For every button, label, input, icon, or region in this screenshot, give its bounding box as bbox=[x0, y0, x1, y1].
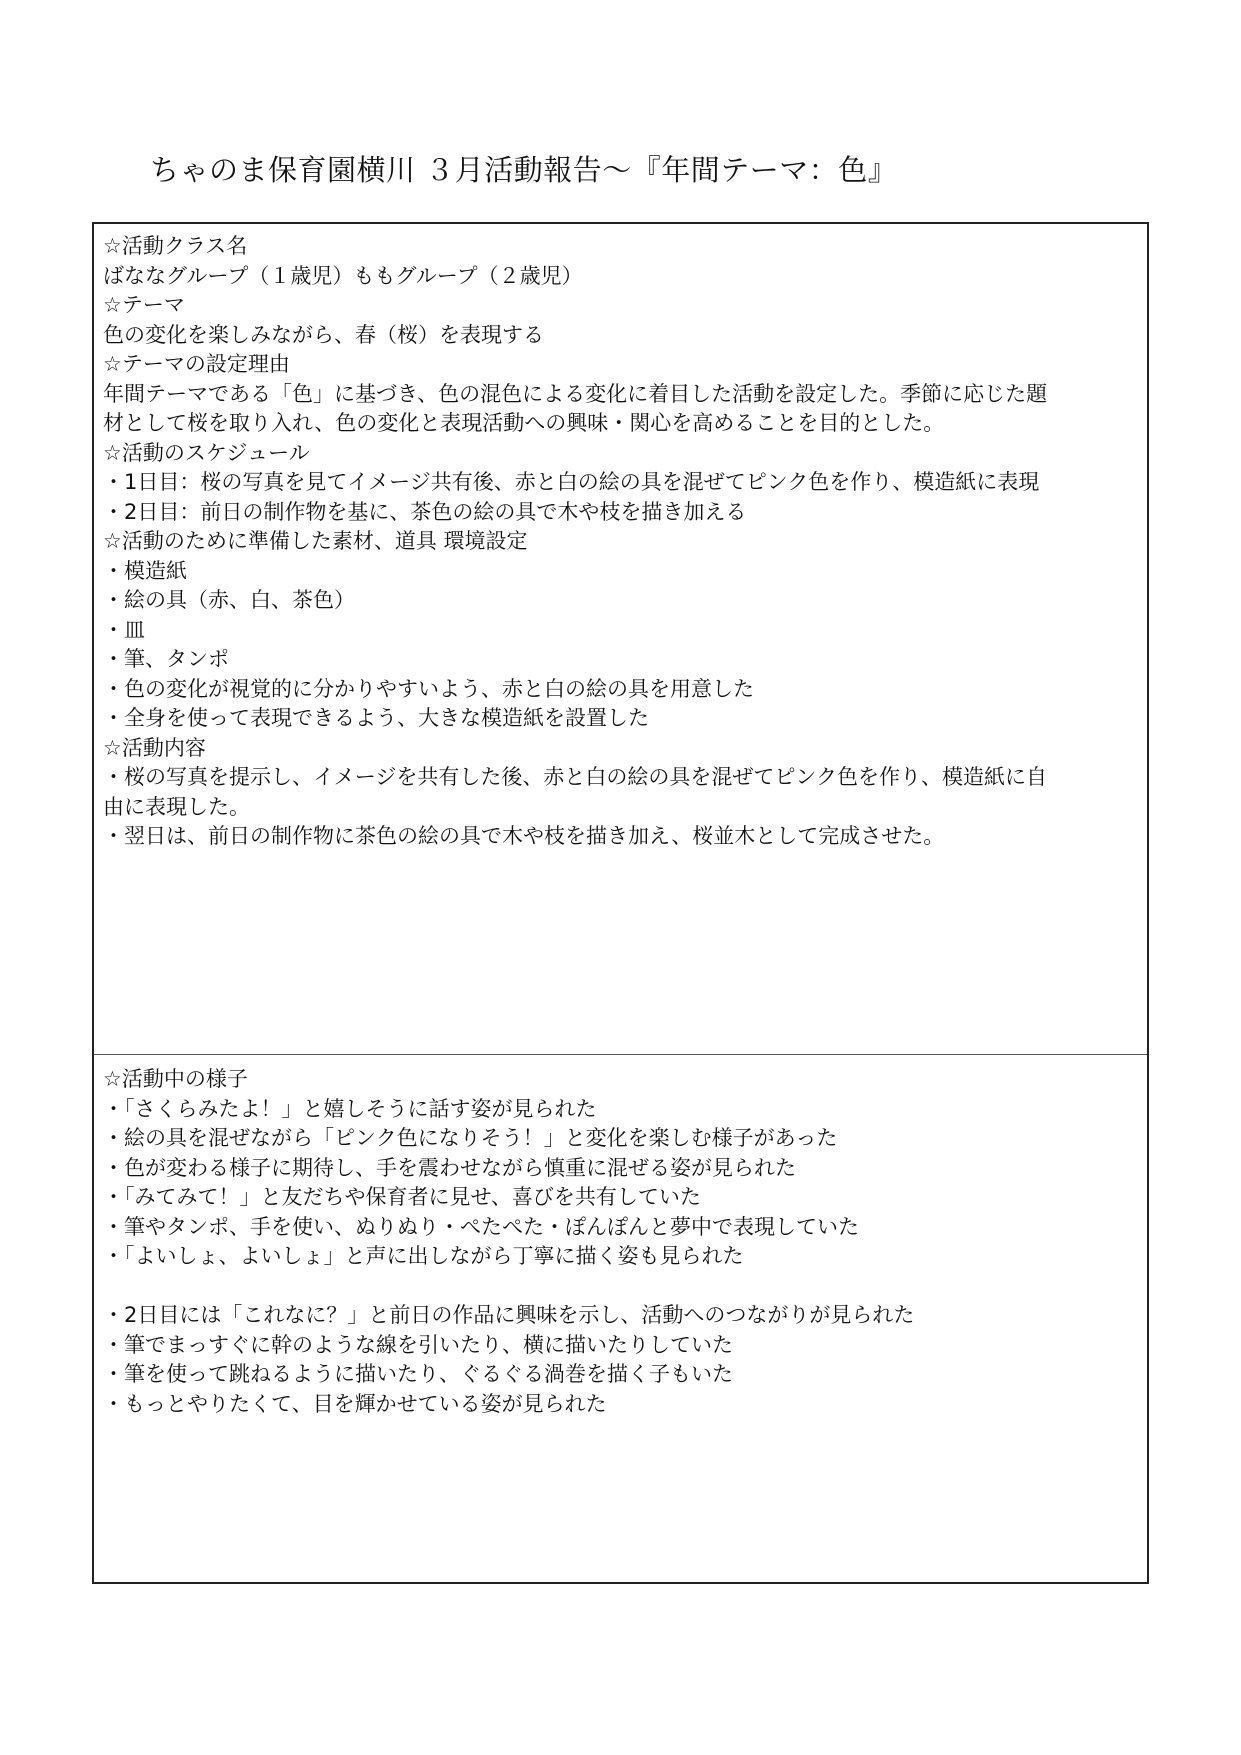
class-name-text: ばななグループ（１歳児）ももグループ（２歳児） bbox=[103, 262, 1139, 292]
observation-item: ・2日目には「これなに？」と前日の作品に興味を示し、活動へのつながりが見られた bbox=[103, 1301, 1139, 1331]
theme-reason-text: 材として桜を取り入れ、色の変化と表現活動への興味・関心を高めることを目的とした。 bbox=[103, 409, 1139, 439]
materials-item: ・絵の具（赤、白、茶色） bbox=[103, 586, 1139, 616]
heading-materials: ☆活動のために準備した素材、道具 環境設定 bbox=[103, 527, 1139, 557]
materials-item: ・模造紙 bbox=[103, 557, 1139, 587]
schedule-item: ・1日目：桜の写真を見てイメージ共有後、赤と白の絵の具を混ぜてピンク色を作り、模… bbox=[103, 468, 1139, 498]
spacer bbox=[103, 1272, 1139, 1302]
observation-item: ・筆やタンポ、手を使い、ぬりぬり・ぺたぺた・ぽんぽんと夢中で表現していた bbox=[103, 1213, 1139, 1243]
theme-reason-text: 年間テーマである「色」に基づき、色の混色による変化に着目した活動を設定した。季節… bbox=[103, 380, 1139, 410]
report-table: ☆活動クラス名 ばななグループ（１歳児）ももグループ（２歳児） ☆テーマ 色の変… bbox=[92, 222, 1149, 1584]
observations-section: ☆活動中の様子 ・「さくらみたよ！」と嬉しそうに話す姿が見られた ・絵の具を混ぜ… bbox=[94, 1054, 1147, 1582]
observation-item: ・筆を使って跳ねるように描いたり、ぐるぐる渦巻を描く子もいた bbox=[103, 1360, 1139, 1390]
observation-item: ・絵の具を混ぜながら「ピンク色になりそう！」と変化を楽しむ様子があった bbox=[103, 1124, 1139, 1154]
observation-item: ・色が変わる様子に期待し、手を震わせながら慎重に混ぜる姿が見られた bbox=[103, 1154, 1139, 1184]
materials-item: ・色の変化が視覚的に分かりやすいよう、赤と白の絵の具を用意した bbox=[103, 675, 1139, 705]
heading-observations: ☆活動中の様子 bbox=[103, 1065, 1139, 1095]
heading-activity-content: ☆活動内容 bbox=[103, 734, 1139, 764]
observation-item: ・「よいしょ、よいしょ」と声に出しながら丁寧に描く姿も見られた bbox=[103, 1242, 1139, 1272]
heading-theme-reason: ☆テーマの設定理由 bbox=[103, 350, 1139, 380]
observation-item: ・「さくらみたよ！」と嬉しそうに話す姿が見られた bbox=[103, 1095, 1139, 1125]
activity-plan-section: ☆活動クラス名 ばななグループ（１歳児）ももグループ（２歳児） ☆テーマ 色の変… bbox=[94, 224, 1147, 1054]
observation-item: ・「みてみて！」と友だちや保育者に見せ、喜びを共有していた bbox=[103, 1183, 1139, 1213]
materials-item: ・筆、タンポ bbox=[103, 645, 1139, 675]
document-title: ちゃのま保育園横川 ３月活動報告～『年間テーマ：色』 bbox=[150, 148, 897, 189]
activity-content-item: 由に表現した。 bbox=[103, 793, 1139, 823]
heading-theme: ☆テーマ bbox=[103, 291, 1139, 321]
heading-schedule: ☆活動のスケジュール bbox=[103, 439, 1139, 469]
materials-item: ・全身を使って表現できるよう、大きな模造紙を設置した bbox=[103, 704, 1139, 734]
schedule-item: ・2日目：前日の制作物を基に、茶色の絵の具で木や枝を描き加える bbox=[103, 498, 1139, 528]
materials-item: ・皿 bbox=[103, 616, 1139, 646]
heading-class-name: ☆活動クラス名 bbox=[103, 232, 1139, 262]
activity-content-item: ・翌日は、前日の制作物に茶色の絵の具で木や枝を描き加え、桜並木として完成させた。 bbox=[103, 822, 1139, 852]
observation-item: ・筆でまっすぐに幹のような線を引いたり、横に描いたりしていた bbox=[103, 1331, 1139, 1361]
theme-text: 色の変化を楽しみながら、春（桜）を表現する bbox=[103, 321, 1139, 351]
activity-content-item: ・桜の写真を提示し、イメージを共有した後、赤と白の絵の具を混ぜてピンク色を作り、… bbox=[103, 763, 1139, 793]
observation-item: ・もっとやりたくて、目を輝かせている姿が見られた bbox=[103, 1390, 1139, 1420]
